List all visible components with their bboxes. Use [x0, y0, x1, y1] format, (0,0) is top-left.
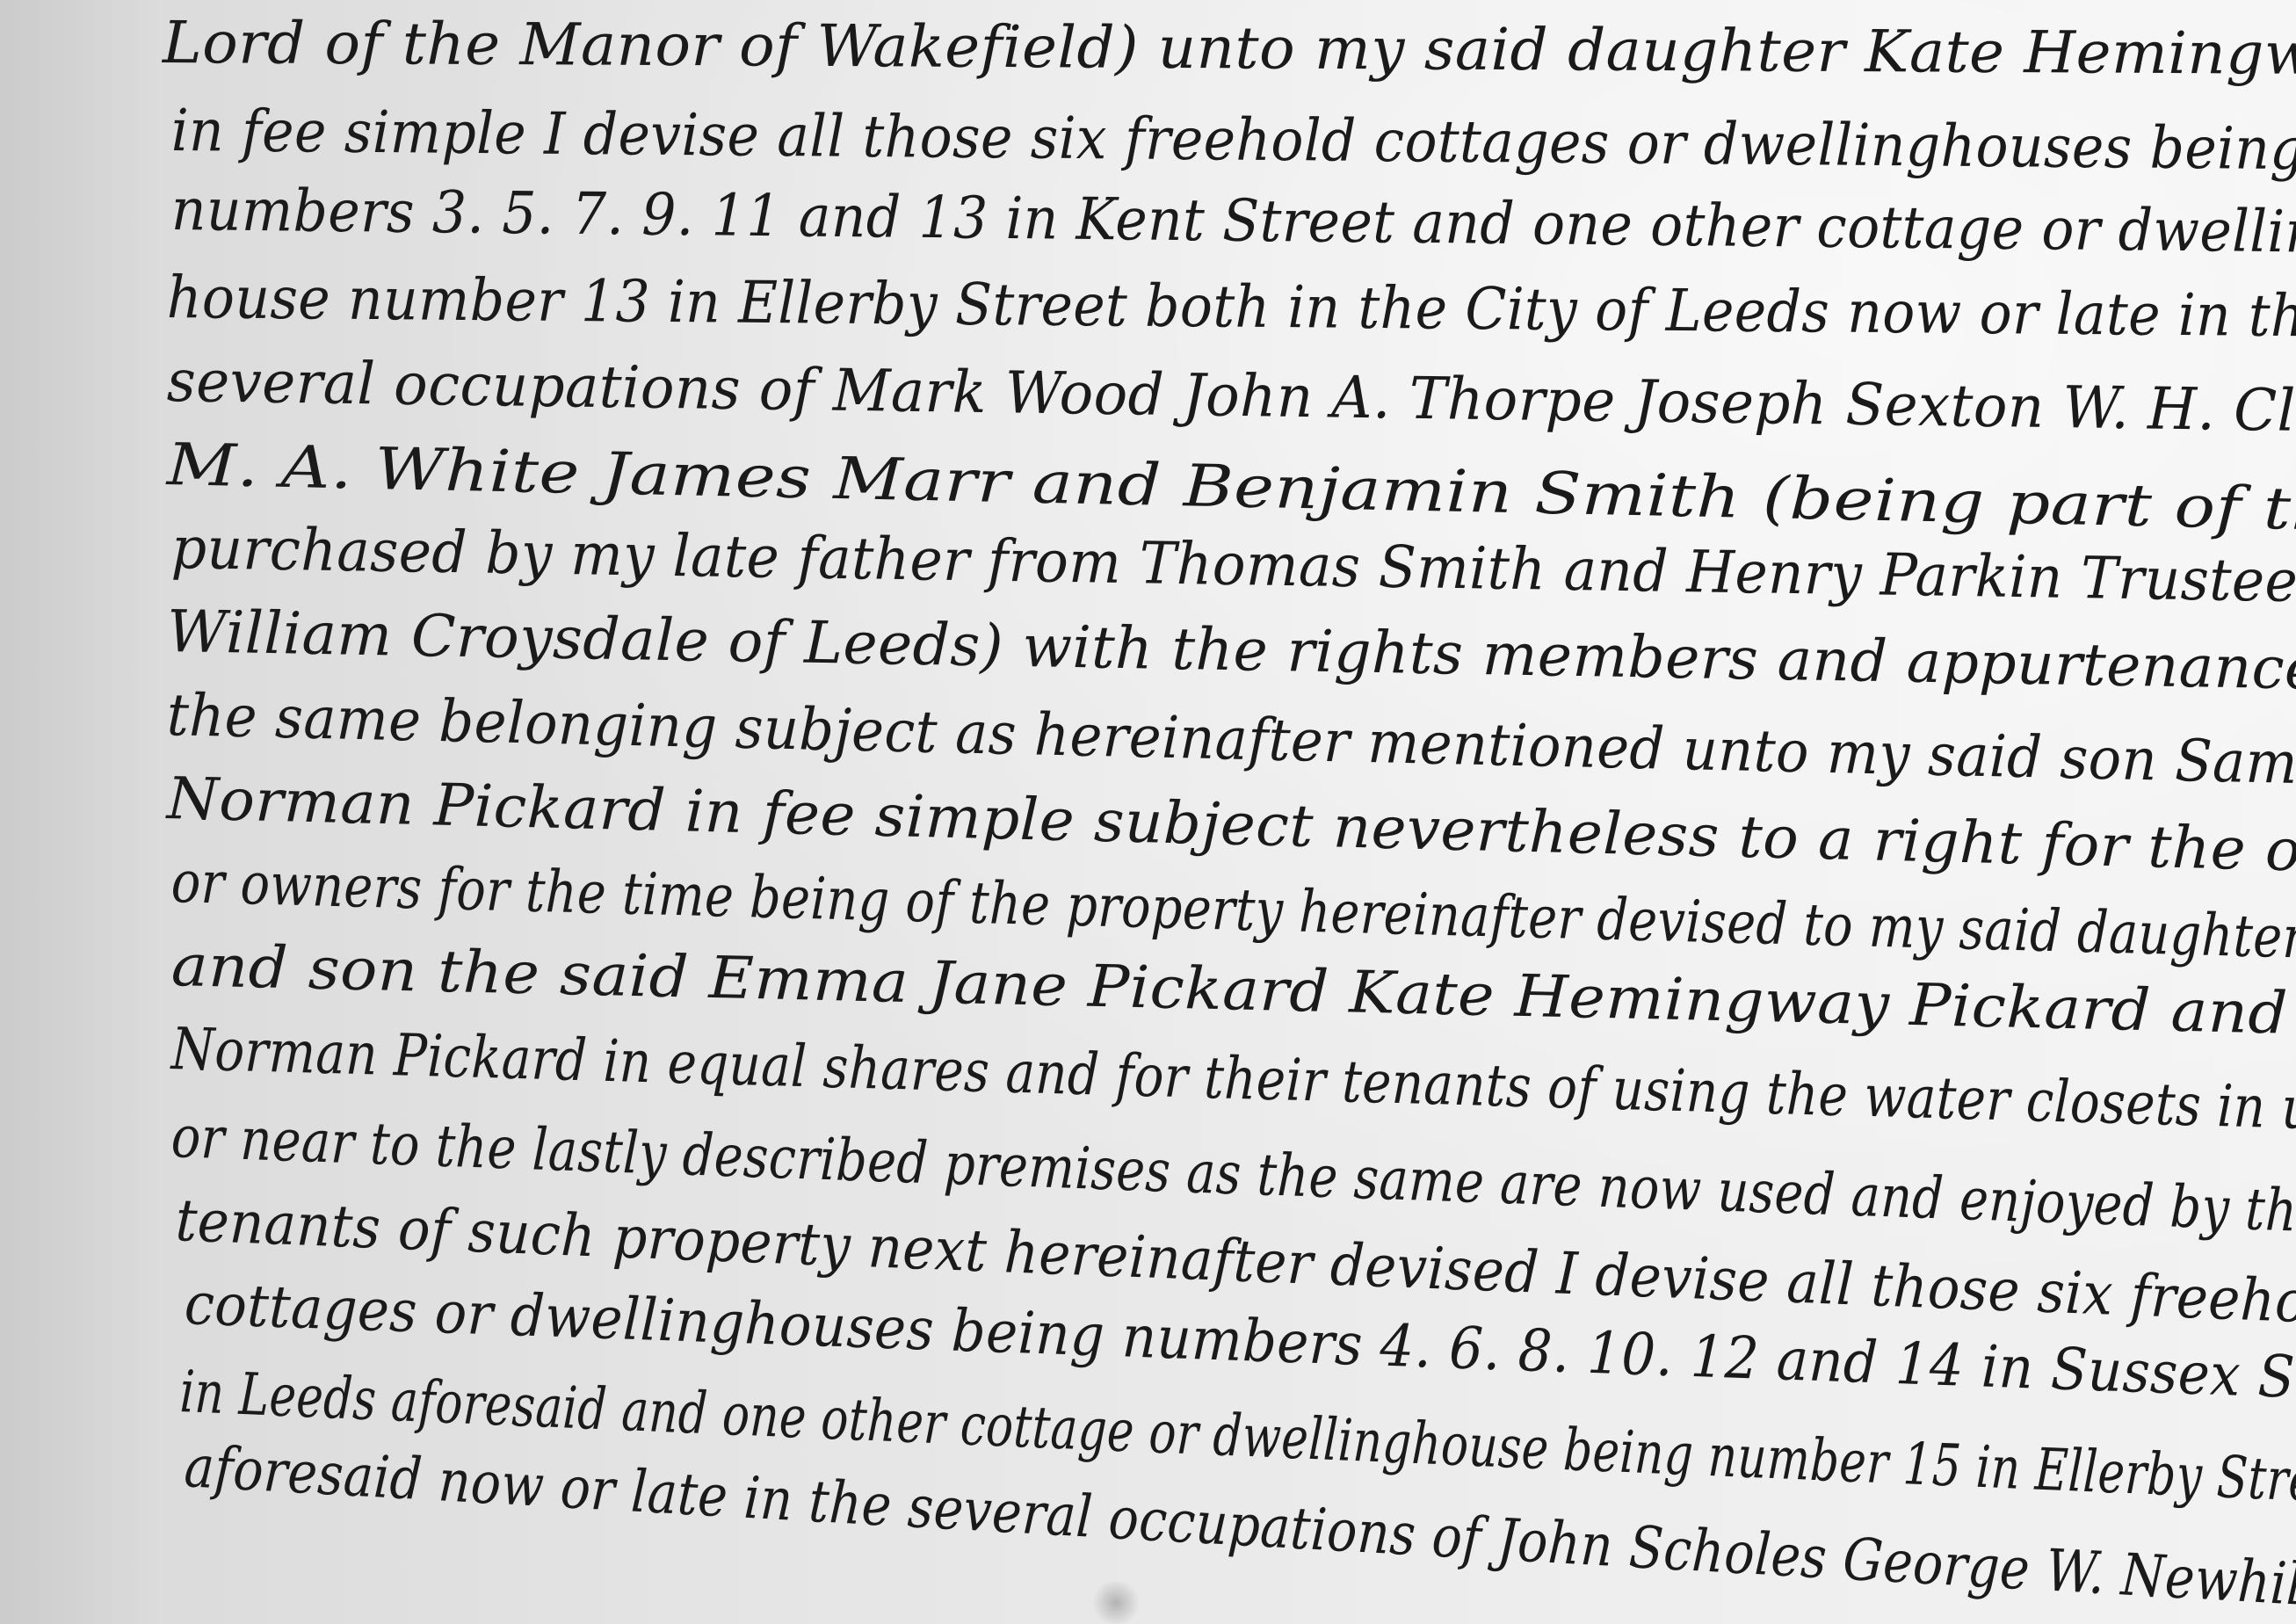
text-line-4: house number 13 in Ellerby Street both i…	[167, 264, 2296, 351]
manuscript-page: Lord of the Manor of Wakefield) unto my …	[0, 0, 2296, 1624]
text-line-1: Lord of the Manor of Wakefield) unto my …	[163, 9, 2296, 90]
page-shadow-edge	[0, 0, 158, 1624]
text-line-5: several occupations of Mark Wood John A.…	[166, 347, 2296, 446]
ink-smudge	[1090, 1582, 1142, 1624]
text-line-2: in fee simple I devise all those six fre…	[171, 97, 2296, 183]
text-line-3: numbers 3. 5. 7. 9. 11 and 13 in Kent St…	[171, 176, 2296, 266]
